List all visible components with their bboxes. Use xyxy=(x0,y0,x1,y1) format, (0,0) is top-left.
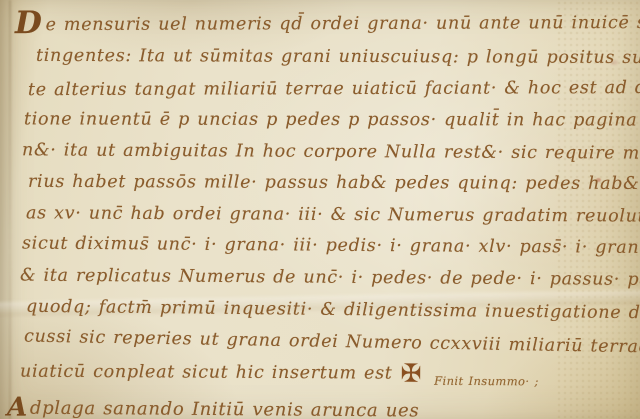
manuscript-line: tione inuentū ē p uncias p pedes p passo… xyxy=(24,109,640,130)
manuscript-line: & ita replicatus Numerus de unc̄· i· ped… xyxy=(20,266,640,291)
manuscript-line-text: sicut diximus̄ unc̄· i· grana· iii· pedi… xyxy=(22,234,640,259)
manuscript-line: te alterius tangat miliariū terrae uiati… xyxy=(28,78,640,100)
manuscript-line-text: n&· ita ut ambiguitas In hoc corpore Nul… xyxy=(22,140,640,163)
manuscript-line-text: e mensuris uel numeris qd̄ ordei grana· … xyxy=(46,13,640,35)
manuscript-line-text: tione inuentū ē p uncias p pedes p passo… xyxy=(24,109,640,130)
manuscript-line-partial: Adplaga sanando Initiū venis arunca ues xyxy=(7,398,420,419)
manuscript-line-text: rius habet passōs mille· passus hab& ped… xyxy=(28,172,640,194)
finit-colophon: Finit Insummo· ; xyxy=(434,374,539,389)
manuscript-line-text: te alterius tangat miliariū terrae uiati… xyxy=(28,78,640,100)
manuscript-line: n&· ita ut ambiguitas In hoc corpore Nul… xyxy=(22,140,640,163)
manuscript-line-text: uiaticū conpleat sicut hic insertum est xyxy=(20,362,393,384)
manuscript-line-text: as xv· unc̄ hab ordei grana· iii· & sic … xyxy=(26,203,640,226)
manuscript-line: sicut diximus̄ unc̄· i· grana· iii· pedi… xyxy=(22,234,640,259)
manuscript-line: tingentes: Ita ut sūmitas grani uniuscui… xyxy=(36,46,640,68)
manuscript-line: as xv· unc̄ hab ordei grana· iii· & sic … xyxy=(26,203,640,226)
manuscript-line: uiaticū conpleat sicut hic insertum est✠… xyxy=(20,362,539,385)
manuscript-line-text: & ita replicatus Numerus de unc̄· i· ped… xyxy=(20,266,640,291)
parchment-crease-left xyxy=(9,0,11,419)
manuscript-line-text: dplaga sanando Initiū venis arunca ues xyxy=(30,398,420,419)
manuscript-page: De mensuris uel numeris qd̄ ordei grana·… xyxy=(0,0,640,419)
manuscript-line: De mensuris uel numeris qd̄ ordei grana·… xyxy=(15,13,640,35)
manuscript-line-text: tingentes: Ita ut sūmitas grani uniuscui… xyxy=(36,46,640,68)
manuscript-line: rius habet passōs mille· passus hab& ped… xyxy=(28,172,640,194)
manuscript-line-text: cussi sic reperies ut grana ordei Numero… xyxy=(24,326,640,357)
manuscript-line: cussi sic reperies ut grana ordei Numero… xyxy=(24,326,640,357)
